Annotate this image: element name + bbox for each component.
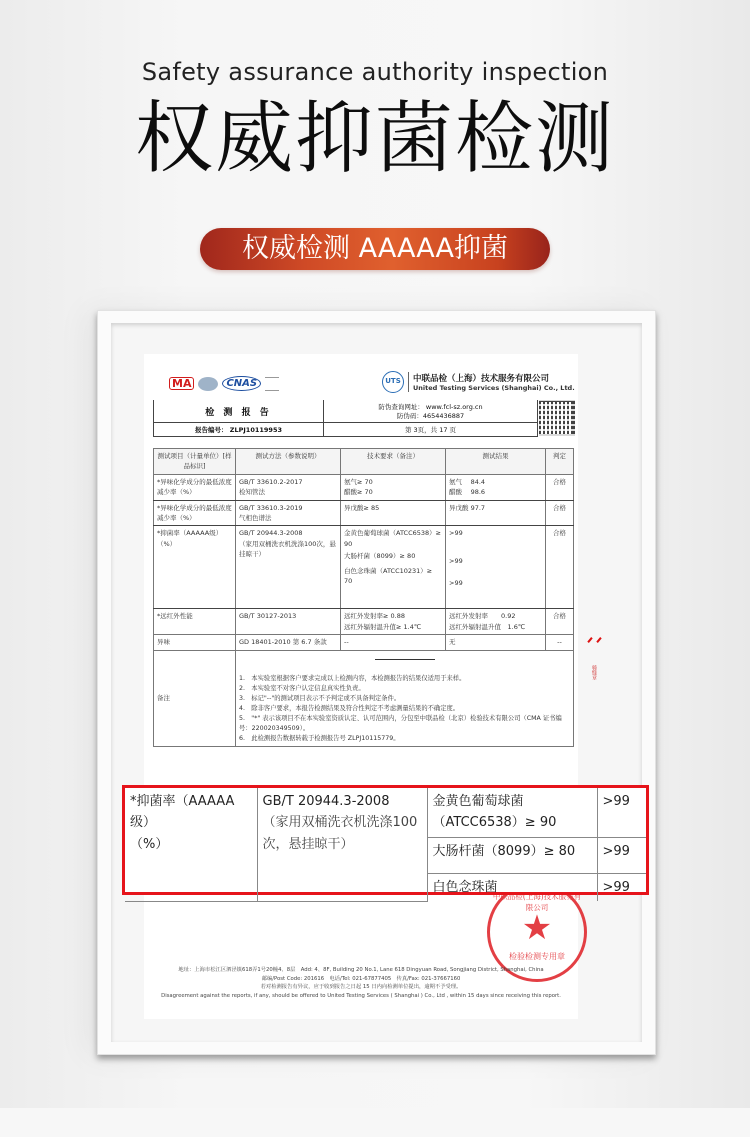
- highlight-item: *抑菌率（AAAAA级） （%）: [125, 788, 257, 901]
- table-row: *远红外性能 GB/T 30127-2013 远红外发射率≥ 0.88远红外辐射…: [154, 609, 574, 635]
- notes-label: 备注: [154, 650, 236, 746]
- divider: [375, 659, 435, 660]
- cnas-text-block: [265, 377, 279, 391]
- shelf-floor: [0, 1108, 750, 1137]
- verdict: 合格: [546, 474, 574, 500]
- table-row: 异味 GD 18401-2010 第 6.7 条款 -- 无 --: [154, 635, 574, 650]
- verdict: 合格: [546, 526, 574, 609]
- result-value: >99: [597, 788, 646, 837]
- company-header: UTS 中联品检（上海）技术服务有限公司 United Testing Serv…: [382, 371, 575, 393]
- verdict: 合格: [546, 609, 574, 635]
- col-test-item: 测试项目（计量单位）[样品标识]: [154, 449, 236, 475]
- company-name-cn: 中联品检（上海）技术服务有限公司: [413, 372, 575, 384]
- verification-info: 防伪查询网址： www.fcl-sz.org.cn 防伪码：4654436887: [324, 400, 538, 423]
- notes: 1. 本实验室根据客户要求完成以上检测内容，本检测报告的结果仅适用于来样。 2.…: [236, 650, 574, 746]
- table-row: *异味化学成分的最低浓度减少率（%） GB/T 33610.2-2017检知管法…: [154, 474, 574, 500]
- picture-frame: MA CNAS UTS 中联品检（上海）技术服务有限公司 United Test…: [97, 310, 656, 1055]
- subtitle-english: Safety assurance authority inspection: [0, 58, 750, 86]
- star-icon: ★: [490, 911, 584, 945]
- notes-row: 备注 1. 本实验室根据客户要求完成以上检测内容，本检测报告的结果仅适用于来样。…: [154, 650, 574, 746]
- result-value: >99: [597, 873, 646, 901]
- result-value: >99: [597, 837, 646, 873]
- table-header: 测试项目（计量单位）[样品标识] 测试方法（参数说明） 技术要求（备注） 测试结…: [154, 449, 574, 475]
- report-number: 报告编号： ZLPJ10119953: [154, 423, 324, 437]
- test-results-table: 测试项目（计量单位）[样品标识] 测试方法（参数说明） 技术要求（备注） 测试结…: [153, 448, 574, 747]
- cnas-logo: CNAS: [222, 376, 261, 391]
- verify-code: 防伪码：4654436887: [328, 411, 533, 420]
- verdict: 合格: [546, 500, 574, 526]
- company-name-en: United Testing Services (Shanghai) Co., …: [413, 384, 575, 392]
- highlight-table: *抑菌率（AAAAA级） （%） GB/T 20944.3-2008 （家用双桶…: [125, 788, 646, 902]
- col-verdict: 判定: [546, 449, 574, 475]
- highlight-callout: *抑菌率（AAAAA级） （%） GB/T 20944.3-2008 （家用双桶…: [122, 785, 649, 895]
- report-doc-title: 检 测 报 告: [154, 400, 324, 423]
- footer-dispute-en: Disagreement against the reports, if any…: [144, 992, 578, 1001]
- test-report-document: MA CNAS UTS 中联品检（上海）技术服务有限公司 United Test…: [144, 354, 578, 1019]
- report-info-table: 检 测 报 告 防伪查询网址： www.fcl-sz.org.cn 防伪码：46…: [153, 400, 538, 437]
- qr-code: [539, 400, 575, 436]
- page-indicator: 第 3页，共 17 页: [324, 423, 538, 437]
- col-results: 测试结果: [446, 449, 546, 475]
- table-row: *抑菌率（AAAAA级）（%） GB/T 20944.3-2008（家用双桶洗衣…: [154, 526, 574, 609]
- uts-logo-icon: UTS: [382, 371, 404, 393]
- seal-bottom-text: 检验检测专用章: [490, 951, 584, 962]
- footer-contact: 邮编/Post Code: 201616 电话/Tel: 021-6787740…: [144, 975, 578, 984]
- certification-logos: MA CNAS: [169, 376, 279, 391]
- col-test-method: 测试方法（参数说明）: [236, 449, 341, 475]
- table-row: *异味化学成分的最低浓度减少率（%） GB/T 33610.3-2019气相色谱…: [154, 500, 574, 526]
- report-footer: 地址：上海市松江区泗泾镇618弄1号20幢4、8层 Add: 4、8F, Bui…: [144, 966, 578, 1001]
- divider: [408, 372, 409, 392]
- footer-address: 地址：上海市松江区泗泾镇618弄1号20幢4、8层 Add: 4、8F, Bui…: [144, 966, 578, 975]
- highlight-method: GB/T 20944.3-2008 （家用双桶洗衣机洗涤100次，悬挂晾干）: [257, 788, 427, 901]
- feature-badge: 权威检测 AAAAA抑菌: [200, 228, 550, 270]
- footer-dispute-cn: 若对检测报告有异议，应于收到报告之日起 15 日内向检测单位提出，逾期不予受理。: [144, 983, 578, 992]
- ilac-logo: [198, 377, 218, 391]
- page-title: 权威抑菌检测: [0, 100, 750, 178]
- col-requirements: 技术要求（备注）: [341, 449, 446, 475]
- cma-logo: MA: [169, 377, 194, 390]
- seam-stamp: 骑缝章: [586, 637, 600, 707]
- verdict: --: [546, 635, 574, 650]
- verify-site: 防伪查询网址： www.fcl-sz.org.cn: [328, 402, 533, 411]
- table-row: *抑菌率（AAAAA级） （%） GB/T 20944.3-2008 （家用双桶…: [125, 788, 646, 837]
